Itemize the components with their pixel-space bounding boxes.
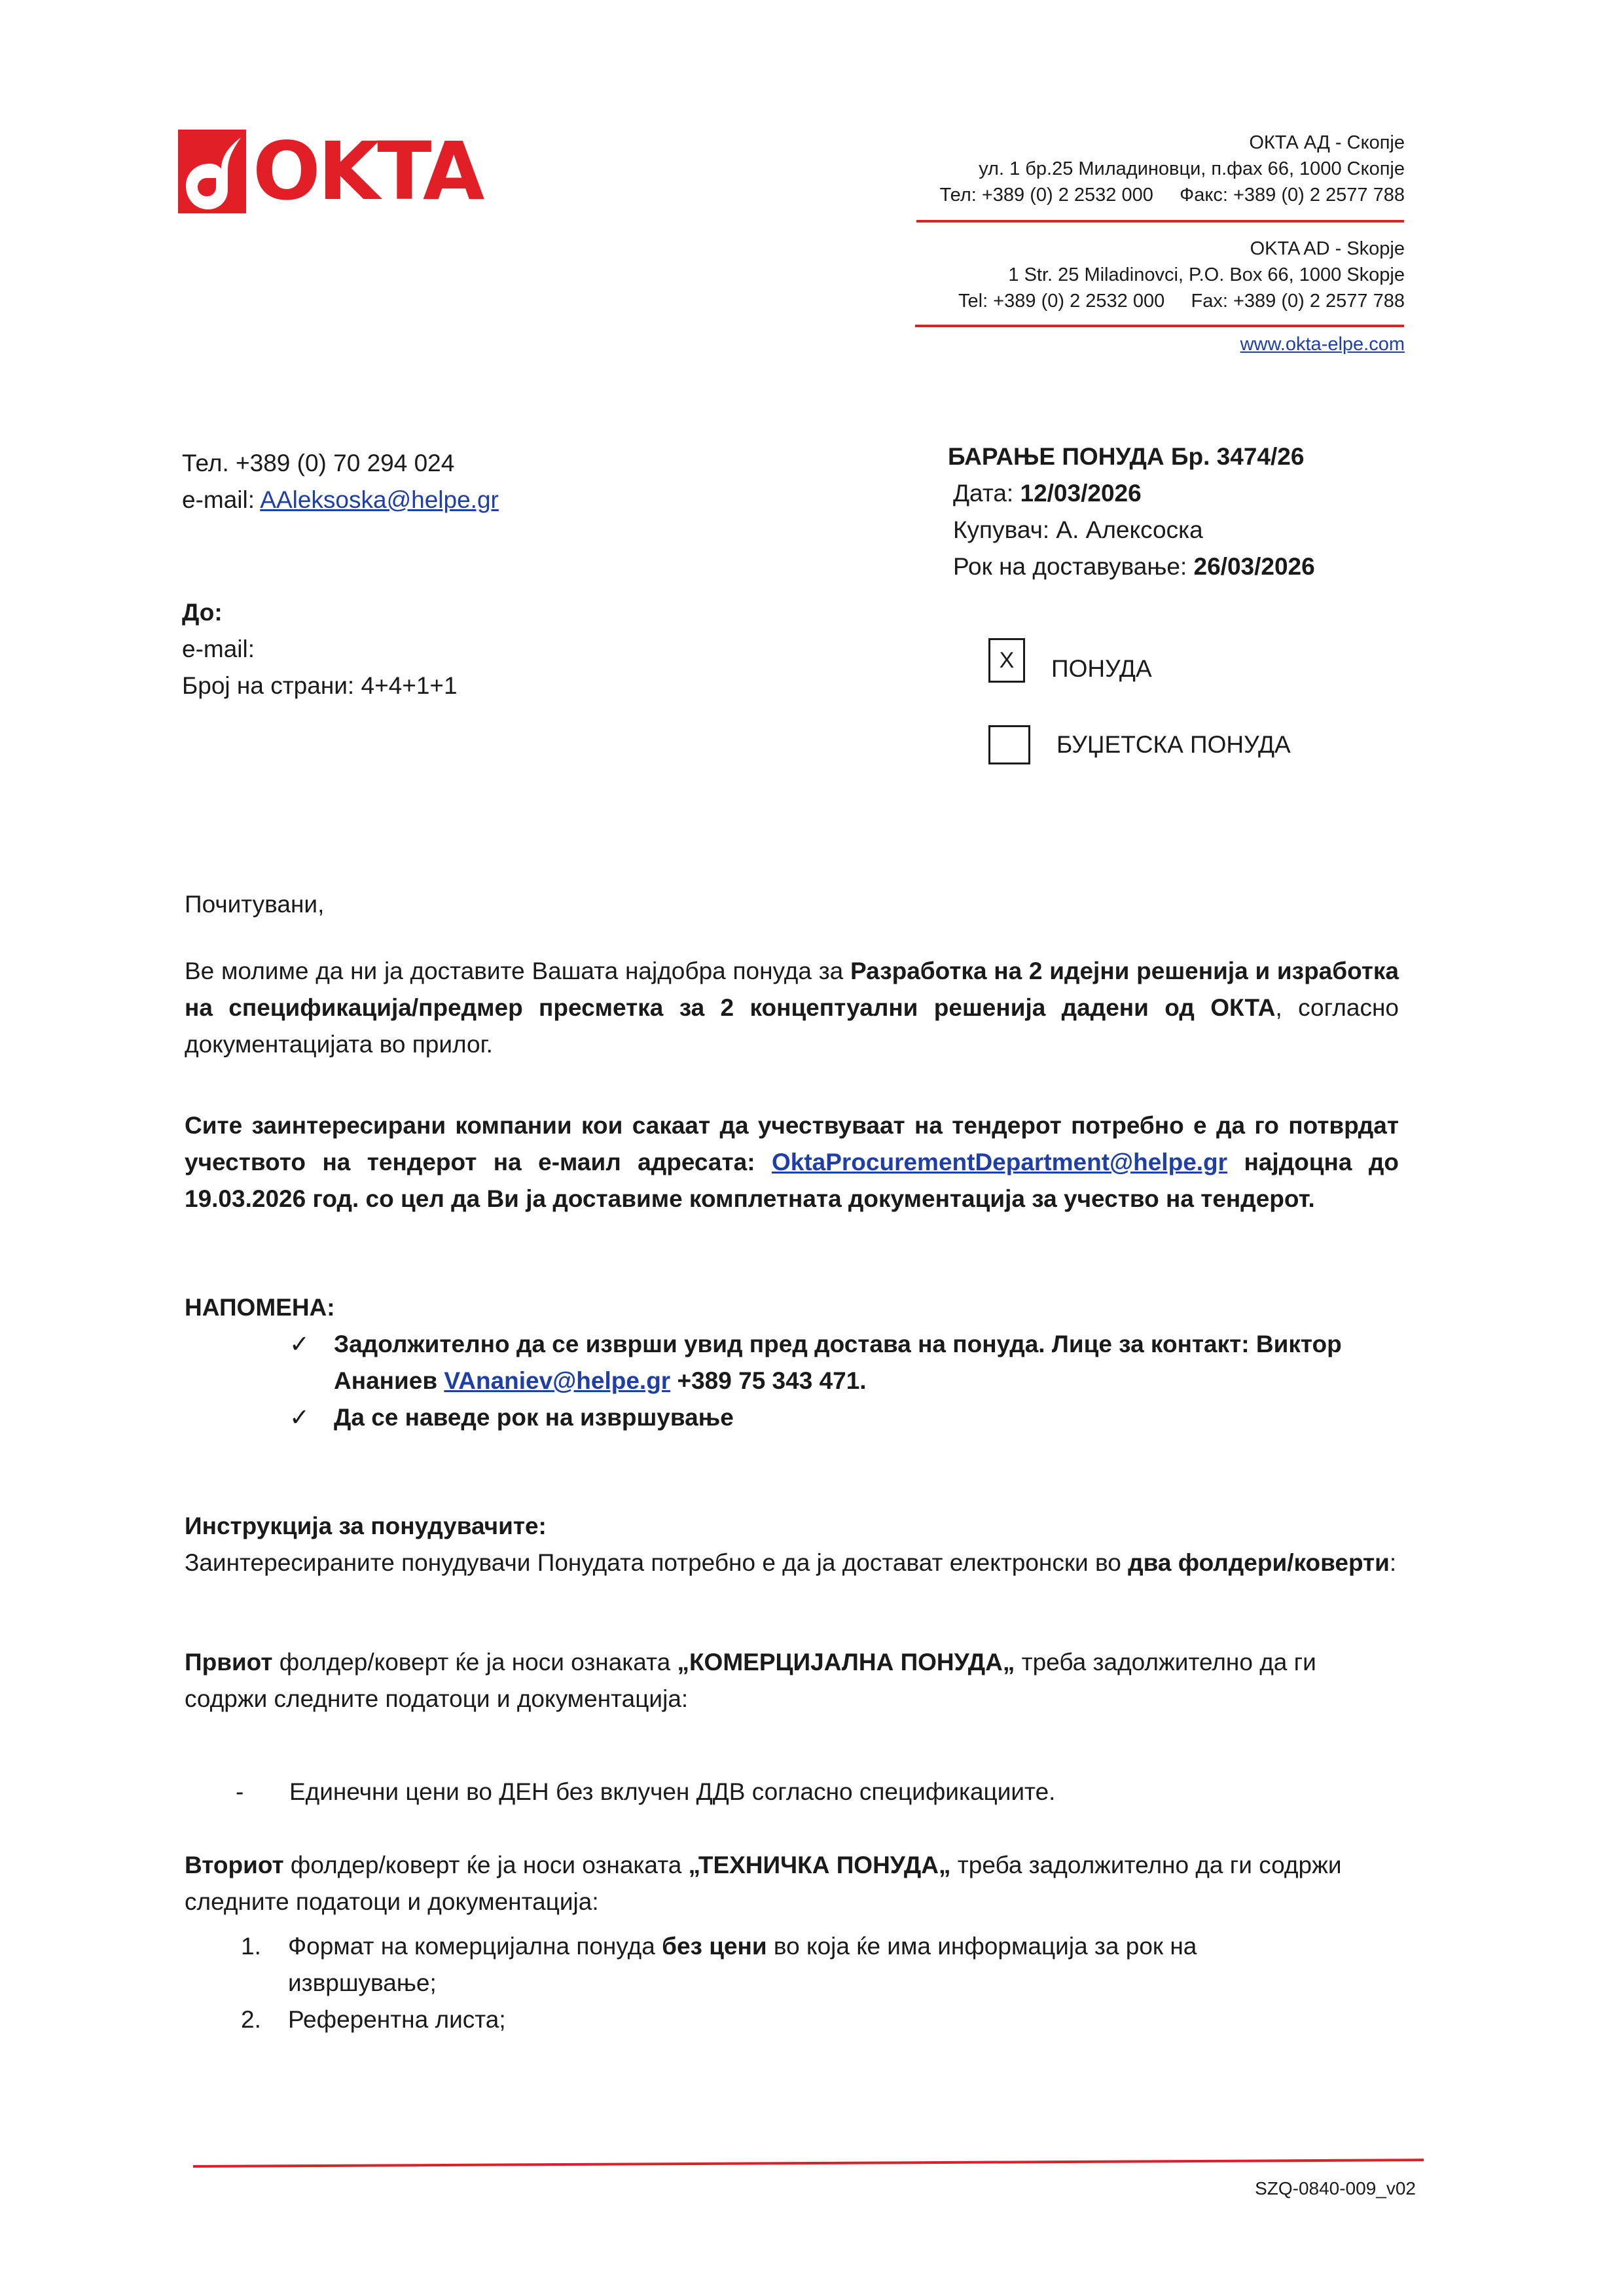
request-info: БАРАЊЕ ПОНУДА Бр. 3474/26 Дата: 12/03/20… — [948, 439, 1315, 585]
request-buyer: Купувач: А. Алексоска — [948, 512, 1315, 548]
option-label: ПОНУДА — [1051, 655, 1152, 683]
first-folder-paragraph: Првиот фолдер/коверт ќе ја носи ознаката… — [185, 1644, 1399, 1717]
checkbox-budget-ponuda[interactable] — [988, 725, 1030, 764]
checkmark-icon: ✓ — [289, 1326, 334, 1399]
note-section: НАПОМЕНА: ✓ Задолжително да се изврши ув… — [185, 1289, 1399, 1436]
dash-bullet: - — [236, 1774, 289, 1810]
header-divider — [915, 325, 1404, 327]
sender-phone: Тел. +389 (0) 70 294 024 — [182, 445, 499, 482]
greeting: Почитувани, — [185, 886, 1399, 923]
option-ponuda[interactable]: X ПОНУДА — [988, 638, 1152, 683]
instructions-title: Инструкција за понудувачите: — [185, 1508, 1399, 1545]
document-code: SZQ-0840-009_v02 — [1255, 2178, 1416, 2199]
second-folder-paragraph: Вториот фолдер/коверт ќе ја носи ознакат… — [185, 1847, 1399, 1920]
note-item: ✓ Да се наведе рок на извршување — [289, 1399, 1399, 1436]
page-count: Број на страни: 4+4+1+1 — [182, 668, 458, 704]
recipient-block: До: e-mail: Број на страни: 4+4+1+1 — [182, 594, 458, 704]
instructions-section: Инструкција за понудувачите: Заинтересир… — [185, 1508, 1399, 1581]
checkbox-ponuda[interactable]: X — [988, 638, 1025, 683]
checkmark-icon: ✓ — [289, 1399, 334, 1436]
recipient-email-label: e-mail: — [182, 631, 458, 668]
participation-paragraph: Сите заинтересирани компании кои сакаат … — [185, 1107, 1399, 1217]
to-label: До: — [182, 594, 458, 631]
request-paragraph: Ве молиме да ни ја доставите Вашата најд… — [185, 953, 1399, 1063]
sender-email-row: e-mail: AAleksoska@helpe.gr — [182, 482, 499, 518]
option-label: БУЏЕТСКА ПОНУДА — [1056, 731, 1291, 759]
request-date: Дата: 12/03/2026 — [948, 475, 1315, 512]
first-folder-item: -Единечни цени во ДЕН без вклучен ДДВ со… — [236, 1774, 1348, 1810]
company-name-en: OKTA AD - Skopje — [958, 236, 1405, 262]
website-link[interactable]: www.okta-elpe.com — [1240, 331, 1405, 357]
footer-divider — [193, 2159, 1424, 2168]
list-item: 1. Формат на комерцијална понуда без цен… — [241, 1928, 1354, 2001]
sender-email-link[interactable]: AAleksoska@helpe.gr — [260, 486, 499, 513]
instructions-text: Заинтересираните понудувачи Понудата пот… — [185, 1545, 1399, 1581]
address-en: 1 Str. 25 Miladinovci, P.O. Box 66, 1000… — [958, 262, 1405, 288]
company-name-mk: ОКТА АД - Скопје — [940, 130, 1405, 156]
okta-logo: OKTA — [178, 130, 512, 213]
list-item: 2. Референтна листа; — [241, 2001, 1354, 2038]
letterhead-en: OKTA AD - Skopje 1 Str. 25 Miladinovci, … — [958, 236, 1405, 314]
option-budget-ponuda[interactable]: БУЏЕТСКА ПОНУДА — [988, 725, 1291, 764]
phone-fax-mk: Тел: +389 (0) 2 2532 000 Факс: +389 (0) … — [940, 182, 1405, 208]
procurement-email-link[interactable]: OktaProcurementDepartment@helpe.gr — [772, 1149, 1227, 1175]
request-deadline: Рок на доставување: 26/03/2026 — [948, 548, 1315, 585]
letterhead-mk: ОКТА АД - Скопје ул. 1 бр.25 Миладиновци… — [940, 130, 1405, 208]
technical-offer-list: 1. Формат на комерцијална понуда без цен… — [241, 1928, 1354, 2038]
contact-email-link[interactable]: VAnaniev@helpe.gr — [444, 1367, 670, 1394]
logo-wordmark: OKTA — [253, 130, 482, 213]
request-title: БАРАЊЕ ПОНУДА Бр. 3474/26 — [948, 439, 1315, 475]
okta-drop-icon — [178, 130, 246, 213]
sender-contact: Тел. +389 (0) 70 294 024 e-mail: AAlekso… — [182, 445, 499, 518]
header-divider — [916, 220, 1404, 223]
phone-fax-en: Tel: +389 (0) 2 2532 000 Fax: +389 (0) 2… — [958, 288, 1405, 314]
note-item: ✓ Задолжително да се изврши увид пред до… — [289, 1326, 1399, 1399]
note-title: НАПОМЕНА: — [185, 1289, 1399, 1326]
address-mk: ул. 1 бр.25 Миладиновци, п.фах 66, 1000 … — [940, 156, 1405, 182]
